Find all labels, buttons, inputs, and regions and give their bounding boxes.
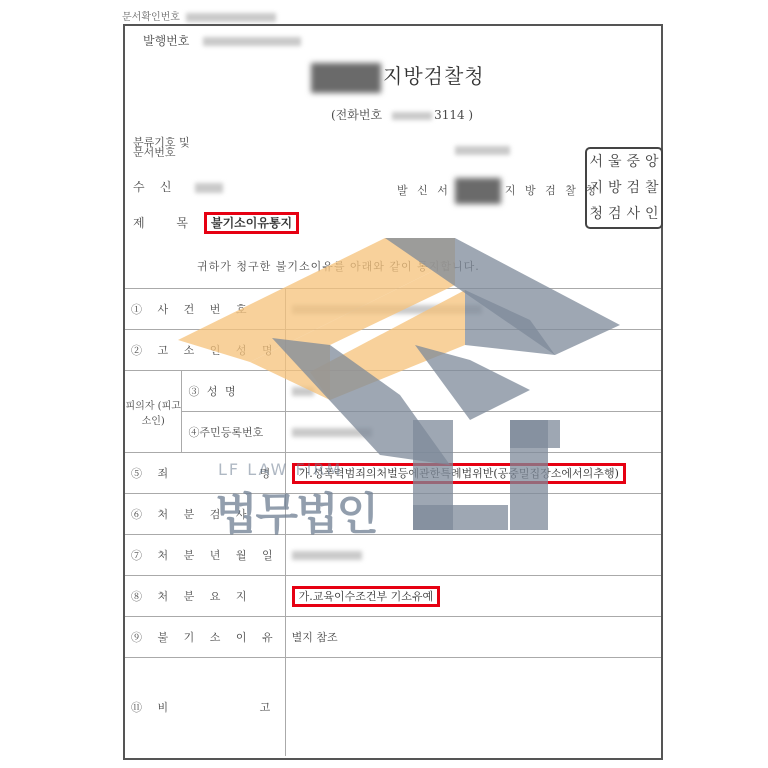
phone-number: (전화번호3114 ) bbox=[331, 106, 473, 123]
seal-char: 앙 bbox=[643, 149, 662, 175]
table-row: ② 고 소 인 성 명 bbox=[125, 330, 661, 371]
redacted-agency bbox=[311, 63, 381, 93]
agency-suffix: 지방검찰청 bbox=[383, 64, 485, 88]
redacted-value bbox=[203, 37, 301, 46]
row-label: ⑪ 비 고 bbox=[125, 658, 285, 757]
official-seal: 서울중앙지방검찰청검사인 bbox=[585, 147, 663, 229]
table-row: ⑤ 죄 명 가.성폭력범죄의처벌등에관한특례법위반(공중밀집장소에서의추행) bbox=[125, 453, 661, 494]
classification-label: 분류기호 및 문서번호 bbox=[133, 138, 203, 158]
table-row: ⑧ 처 분 요 지 가.교육이수조건부 기소유예 bbox=[125, 576, 661, 617]
table-row: ⑪ 비 고 bbox=[125, 658, 661, 757]
suspect-group-label: 피의자 (피고소인) bbox=[125, 371, 182, 453]
row-value bbox=[285, 535, 661, 576]
row-value: 가.성폭력범죄의처벌등에관한특례법위반(공중밀집장소에서의추행) bbox=[285, 453, 661, 494]
row-label: ② 고 소 인 성 명 bbox=[125, 330, 285, 371]
redacted-sender bbox=[455, 178, 501, 204]
redacted-value bbox=[186, 13, 276, 22]
row-value bbox=[285, 371, 661, 412]
seal-char: 울 bbox=[606, 149, 625, 175]
doc-confirm-label: 문서확인번호 bbox=[122, 12, 180, 23]
phone-label: (전화번호 bbox=[331, 108, 382, 122]
details-table: ① 사 건 번 호 ② 고 소 인 성 명 피의자 (피고소인) ③ 성 명 ④… bbox=[125, 288, 661, 756]
issue-number: 발행번호 bbox=[143, 32, 301, 49]
notice-text: 귀하가 청구한 불기소이유를 아래와 같이 통지합니다. bbox=[197, 258, 480, 274]
row-value: 가.교육이수조건부 기소유예 bbox=[285, 576, 661, 617]
classification-value bbox=[455, 140, 510, 159]
redacted-value bbox=[455, 146, 510, 155]
row-label: ① 사 건 번 호 bbox=[125, 289, 285, 330]
phone-suffix: 3114 ) bbox=[434, 108, 473, 122]
seal-char: 청 bbox=[587, 201, 606, 227]
row-label: ⑥ 처 분 검 사 bbox=[125, 494, 285, 535]
seal-char: 사 bbox=[624, 201, 643, 227]
row-value bbox=[285, 412, 661, 453]
row-label: ⑤ 죄 명 bbox=[125, 453, 285, 494]
seal-char: 방 bbox=[606, 175, 625, 201]
seal-char: 찰 bbox=[643, 175, 662, 201]
table-row: ⑦ 처 분 년 월 일 bbox=[125, 535, 661, 576]
subject-value-highlight: 불기소이유통지 bbox=[204, 212, 299, 234]
seal-char: 중 bbox=[624, 149, 643, 175]
row-value bbox=[285, 289, 661, 330]
seal-char: 인 bbox=[643, 201, 662, 227]
seal-char: 서 bbox=[587, 149, 606, 175]
recipient-label: 수 신 bbox=[133, 180, 171, 194]
row-value bbox=[285, 494, 661, 535]
row-label: ④주민등록번호 bbox=[182, 412, 285, 453]
subject: 제 목불기소이유통지 bbox=[133, 214, 299, 231]
agency-title: 지방검찰청 bbox=[311, 60, 485, 93]
table-row: ⑨ 불 기 소 이 유 별지 참조 bbox=[125, 617, 661, 658]
crime-name-highlight: 가.성폭력범죄의처벌등에관한특례법위반(공중밀집장소에서의추행) bbox=[292, 463, 626, 484]
table-row: ⑥ 처 분 검 사 bbox=[125, 494, 661, 535]
issue-no-label: 발행번호 bbox=[143, 34, 189, 48]
row-label: ③ 성 명 bbox=[182, 371, 285, 412]
row-label: ⑦ 처 분 년 월 일 bbox=[125, 535, 285, 576]
row-value: 별지 참조 bbox=[285, 617, 661, 658]
row-value bbox=[285, 658, 661, 757]
document-confirm-number: 문서확인번호 bbox=[122, 8, 276, 23]
row-value bbox=[285, 330, 661, 371]
sender-label: 발 신 서 bbox=[397, 184, 451, 197]
seal-char: 지 bbox=[587, 175, 606, 201]
seal-char: 검 bbox=[624, 175, 643, 201]
disposition-highlight: 가.교육이수조건부 기소유예 bbox=[292, 586, 441, 607]
document-frame: 발행번호 지방검찰청 (전화번호3114 ) 분류기호 및 문서번호 수 신 발… bbox=[123, 24, 663, 760]
redacted-value bbox=[292, 428, 372, 437]
table-row: ④주민등록번호 bbox=[125, 412, 661, 453]
row-label: ⑨ 불 기 소 이 유 bbox=[125, 617, 285, 658]
redacted-value bbox=[292, 305, 482, 314]
seal-char: 검 bbox=[606, 201, 625, 227]
redacted-recipient bbox=[195, 183, 223, 193]
table-row: ① 사 건 번 호 bbox=[125, 289, 661, 330]
redacted-phone bbox=[392, 112, 432, 120]
sender: 발 신 서지 방 검 찰 청 bbox=[397, 178, 599, 204]
table-row: 피의자 (피고소인) ③ 성 명 bbox=[125, 371, 661, 412]
redacted-value bbox=[292, 551, 362, 560]
subject-label: 제 목 bbox=[133, 216, 202, 230]
row-label: ⑧ 처 분 요 지 bbox=[125, 576, 285, 617]
recipient: 수 신 bbox=[133, 178, 223, 195]
redacted-value bbox=[292, 387, 314, 396]
